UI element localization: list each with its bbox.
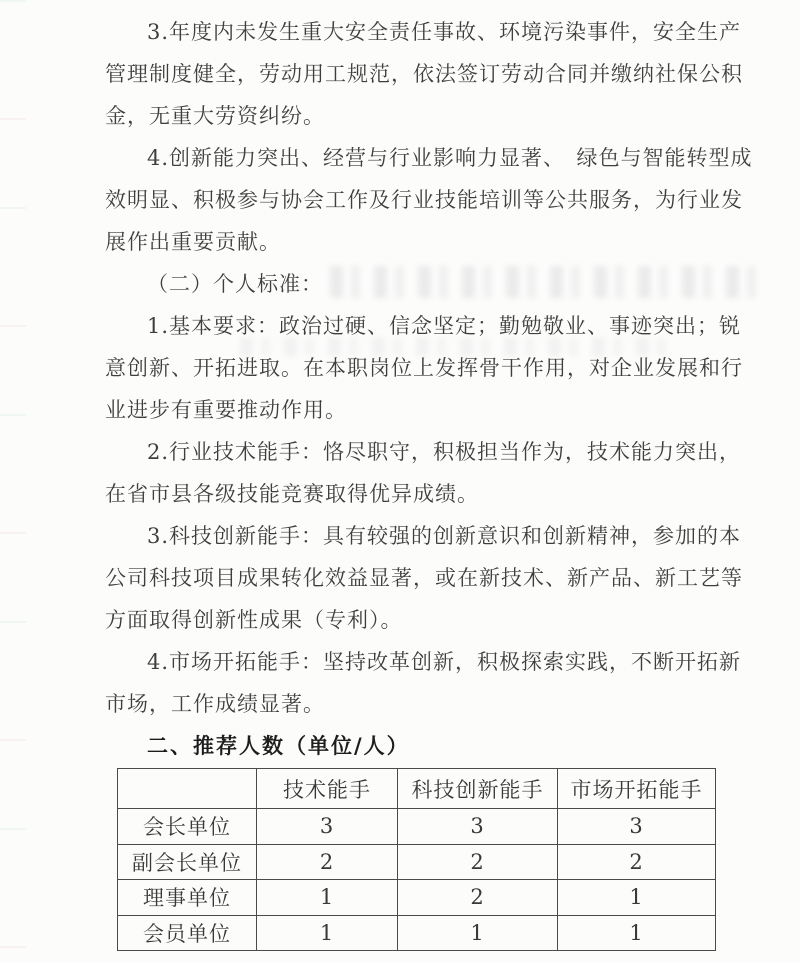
text-line: 3.科技创新能手：具有较强的创新意识和创新精神，参加的本 [105,515,745,557]
column-header-market: 市场开拓能手 [558,769,716,809]
scan-edge-noise-artifact [0,0,26,963]
document-body: 3.年度内未发生重大安全责任事故、环境污染事件，安全生产 管理制度健全，劳动用工… [105,11,745,767]
text-line: 1.基本要求：政治过硬、信念坚定；勤勉敬业、事迹突出；锐 [105,305,745,347]
text-line: 4.创新能力突出、经营与行业影响力显著、 绿色与智能转型成 [105,137,745,179]
column-header-innovation: 科技创新能手 [398,769,558,809]
text-line: 在省市县各级技能竞赛取得优异成绩。 [105,473,745,515]
count-cell: 3 [257,809,398,845]
count-cell: 2 [558,844,716,880]
table-header-row: 技术能手 科技创新能手 市场开拓能手 [118,769,716,809]
corner-header-cell [118,769,257,809]
table-row: 会员单位 1 1 1 [118,915,716,951]
table-row: 理事单位 1 2 1 [118,880,716,916]
text-line: 意创新、开拓进取。在本职岗位上发挥骨干作用，对企业发展和行 [105,347,745,389]
text-line: 方面取得创新性成果（专利）。 [105,599,745,641]
count-cell: 2 [257,844,398,880]
count-cell: 2 [398,880,558,916]
text-line: 管理制度健全，劳动用工规范，依法签订劳动合同并缴纳社保公积 [105,53,745,95]
row-label: 副会长单位 [118,844,257,880]
count-cell: 1 [398,915,558,951]
text-line: 金，无重大劳资纠纷。 [105,95,745,137]
count-cell: 1 [558,880,716,916]
text-line: 3.年度内未发生重大安全责任事故、环境污染事件，安全生产 [105,11,745,53]
recommendation-count-table: 技术能手 科技创新能手 市场开拓能手 会长单位 3 3 3 副会长单位 2 2 … [117,768,716,951]
text-line: 效明显、积极参与协会工作及行业技能培训等公共服务，为行业发 [105,179,745,221]
row-label: 会员单位 [118,915,257,951]
table-row: 会长单位 3 3 3 [118,809,716,845]
count-cell: 3 [398,809,558,845]
text-line: 2.行业技术能手：恪尽职守，积极担当作为，技术能力突出， [105,431,745,473]
text-line: （二）个人标准： [105,263,745,305]
row-label: 理事单位 [118,880,257,916]
count-cell: 1 [257,915,398,951]
text-line: 二、推荐人数（单位/人） [105,725,745,767]
scanned-document-page: 3.年度内未发生重大安全责任事故、环境污染事件，安全生产 管理制度健全，劳动用工… [0,0,800,963]
text-line: 展作出重要贡献。 [105,221,745,263]
count-cell: 3 [558,809,716,845]
text-line: 市场，工作成绩显著。 [105,683,745,725]
count-cell: 2 [398,844,558,880]
text-line: 公司科技项目成果转化效益显著，或在新技术、新产品、新工艺等 [105,557,745,599]
text-line: 4.市场开拓能手：坚持改革创新，积极探索实践，不断开拓新 [105,641,745,683]
column-header-tech: 技术能手 [257,769,398,809]
text-line: 业进步有重要推动作用。 [105,389,745,431]
row-label: 会长单位 [118,809,257,845]
count-cell: 1 [257,880,398,916]
count-cell: 1 [558,915,716,951]
table-row: 副会长单位 2 2 2 [118,844,716,880]
